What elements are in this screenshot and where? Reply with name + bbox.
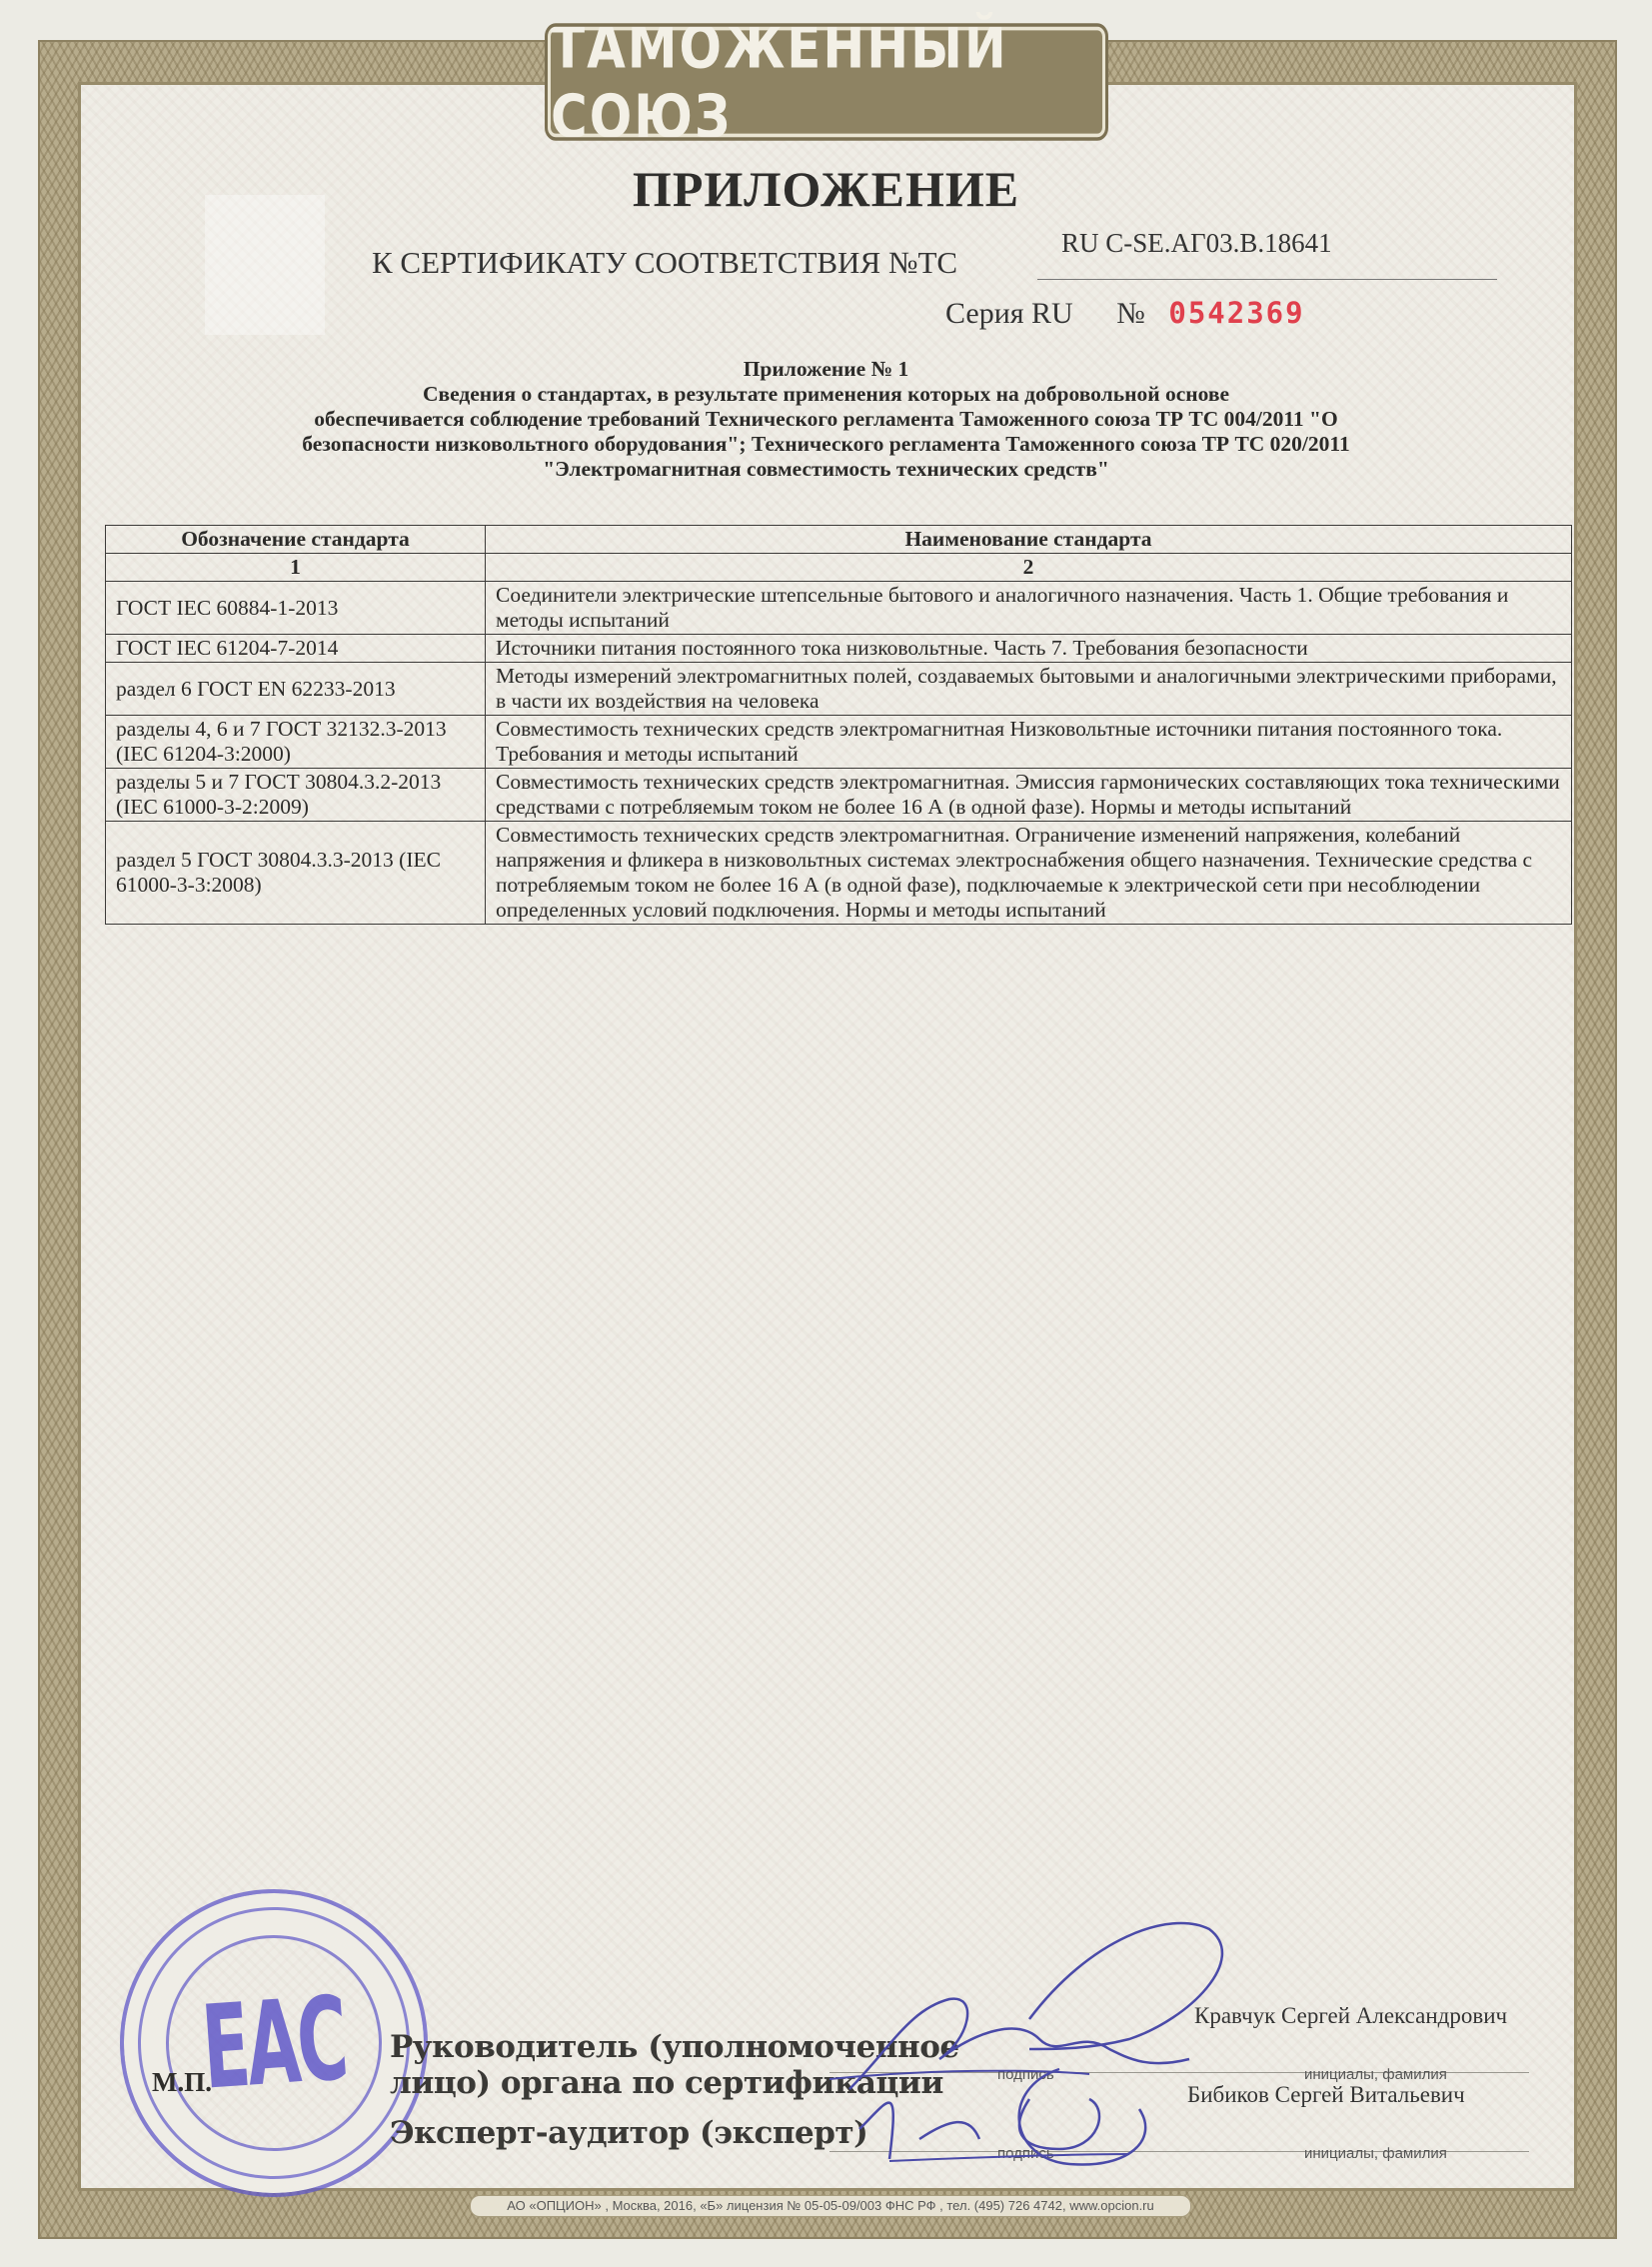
standard-designation: раздел 6 ГОСТ EN 62233-2013 xyxy=(106,663,486,716)
column-header-name: Наименование стандарта xyxy=(486,526,1572,554)
page-title: ПРИЛОЖЕНИЕ xyxy=(0,160,1652,218)
appendix-description-line: Сведения о стандартах, в результате прим… xyxy=(140,382,1512,407)
certificate-number: RU C-SE.АГ03.В.18641 xyxy=(1061,228,1332,259)
handwritten-signatures-icon xyxy=(829,1899,1329,2199)
certificate-label: К СЕРТИФИКАТУ СООТВЕТСТВИЯ №ТС xyxy=(372,245,957,281)
standard-name: Источники питания постоянного тока низко… xyxy=(486,635,1572,663)
standard-name: Совместимость технических средств электр… xyxy=(486,822,1572,925)
standard-name: Совместимость технических средств электр… xyxy=(486,769,1572,822)
table-header-row: Обозначение стандарта Наименование станд… xyxy=(106,526,1572,554)
standard-designation: раздел 5 ГОСТ 30804.3.3-2013 (IEC 61000-… xyxy=(106,822,486,925)
series-value: RU xyxy=(1031,297,1073,330)
table-row: раздел 5 ГОСТ 30804.3.3-2013 (IEC 61000-… xyxy=(106,822,1572,925)
eac-mark-icon: EAC xyxy=(198,1971,349,2114)
series-line: Серия RU № 0542369 xyxy=(945,296,1305,331)
expert-role-label: Эксперт-аудитор (эксперт) xyxy=(390,2115,867,2151)
table-row: разделы 5 и 7 ГОСТ 30804.3.2-2013 (IEC 6… xyxy=(106,769,1572,822)
blank-serial-number: 0542369 xyxy=(1168,296,1304,330)
table-row: раздел 6 ГОСТ EN 62233-2013 Методы измер… xyxy=(106,663,1572,716)
table-row: разделы 4, 6 и 7 ГОСТ 32132.3-2013 (IEC … xyxy=(106,716,1572,769)
customs-union-emblem: ТАМОЖЕННЫЙ СОЮЗ xyxy=(548,27,1105,137)
table-row: ГОСТ IEC 61204-7-2014 Источники питания … xyxy=(106,635,1572,663)
column-number: 1 xyxy=(106,554,486,582)
appendix-description-line: обеспечивается соблюдение требований Тех… xyxy=(140,407,1512,432)
standard-designation: ГОСТ IEC 60884-1-2013 xyxy=(106,582,486,635)
standard-name: Совместимость технических средств электр… xyxy=(486,716,1572,769)
appendix-heading: Приложение № 1 Сведения о стандартах, в … xyxy=(140,357,1512,482)
series-label: Серия xyxy=(945,297,1024,330)
seal-place-label: М.П. xyxy=(152,2067,212,2098)
column-number: 2 xyxy=(486,554,1572,582)
standard-designation: разделы 5 и 7 ГОСТ 30804.3.2-2013 (IEC 6… xyxy=(106,769,486,822)
table-row: ГОСТ IEC 60884-1-2013 Соединители электр… xyxy=(106,582,1572,635)
appendix-description-line: "Электромагнитная совместимость техничес… xyxy=(140,457,1512,482)
column-number-row: 1 2 xyxy=(106,554,1572,582)
certificate-number-underline xyxy=(1037,279,1497,280)
column-header-designation: Обозначение стандарта xyxy=(106,526,486,554)
standard-designation: ГОСТ IEC 61204-7-2014 xyxy=(106,635,486,663)
standards-table: Обозначение стандарта Наименование станд… xyxy=(105,525,1572,925)
standard-name: Соединители электрические штепсельные бы… xyxy=(486,582,1572,635)
number-sign: № xyxy=(1116,297,1145,330)
appendix-description-line: безопасности низковольтного оборудования… xyxy=(140,432,1512,457)
standard-designation: разделы 4, 6 и 7 ГОСТ 32132.3-2013 (IEC … xyxy=(106,716,486,769)
appendix-number: Приложение № 1 xyxy=(140,357,1512,382)
standard-name: Методы измерений электромагнитных полей,… xyxy=(486,663,1572,716)
printer-imprint: АО «ОПЦИОН» , Москва, 2016, «Б» лицензия… xyxy=(470,2195,1191,2217)
